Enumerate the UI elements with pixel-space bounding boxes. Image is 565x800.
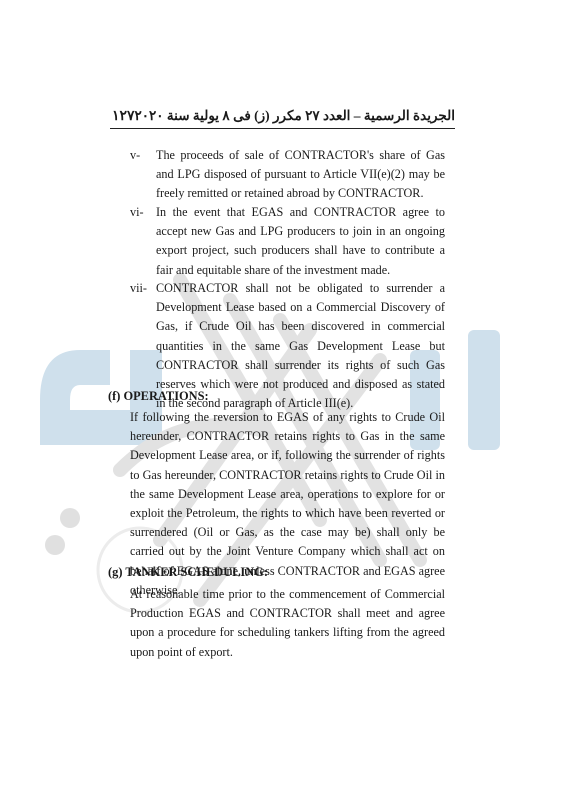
item-number: vi-: [130, 203, 144, 222]
section-heading-tanker-scheduling: (g) TANKER SCHEDULING:: [108, 565, 268, 580]
item-text: The proceeds of sale of CONTRACTOR's sha…: [156, 146, 445, 204]
page-number: ١٢٧: [112, 108, 135, 125]
list-item: v- The proceeds of sale of CONTRACTOR's …: [130, 146, 445, 204]
item-text: In the event that EGAS and CONTRACTOR ag…: [156, 203, 445, 280]
gazette-title: الجريدة الرسمية – العدد ٢٧ مكرر (ز) فى ٨…: [135, 108, 456, 124]
item-number: v-: [130, 146, 140, 165]
item-number: vii-: [130, 279, 147, 298]
section-body-tanker-scheduling: At reasonable time prior to the commence…: [130, 585, 445, 662]
page-header: ١٢٧ الجريدة الرسمية – العدد ٢٧ مكرر (ز) …: [110, 106, 455, 129]
section-heading-operations: (f) OPERATIONS:: [108, 389, 209, 404]
list-item: vi- In the event that EGAS and CONTRACTO…: [130, 203, 445, 280]
